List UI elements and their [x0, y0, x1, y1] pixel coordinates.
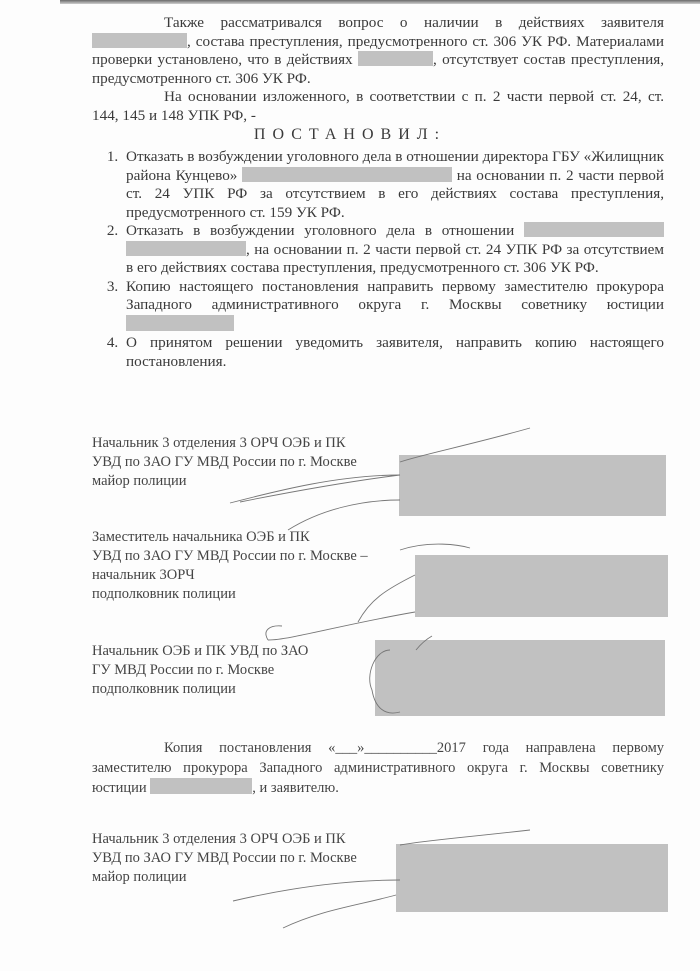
paragraph-2: На основании изложенного, в соответствии…: [92, 88, 664, 125]
signature-block-3: Начальник ОЭБ и ПК УВД по ЗАО ГУ МВД Рос…: [92, 642, 308, 699]
signature-block-1: Начальник 3 отделения 3 ОРЧ ОЭБ и ПК УВД…: [92, 434, 357, 491]
redaction: [524, 222, 664, 237]
redaction: [358, 51, 433, 66]
redaction: [92, 33, 187, 48]
paragraph-1: Также рассматривался вопрос о наличии в …: [92, 14, 664, 88]
intro-section: Также рассматривался вопрос о наличии в …: [92, 14, 664, 125]
redaction: [126, 315, 234, 331]
decision-title: ПОСТАНОВИЛ:: [0, 126, 700, 144]
signature-block-2: Заместитель начальника ОЭБ и ПК УВД по З…: [92, 528, 368, 604]
redacted-signature-1: [399, 455, 666, 516]
decision-item-2: Отказать в возбуждении уголовного дела в…: [122, 222, 664, 278]
redacted-signature-3: [375, 640, 665, 716]
decision-list: Отказать в возбуждении уголовного дела в…: [92, 148, 664, 371]
scan-top-edge: [60, 0, 700, 4]
redaction: [242, 167, 452, 182]
decision-item-4: О принятом решении уведомить заявителя, …: [122, 334, 664, 371]
redaction: [150, 778, 252, 794]
decision-item-3: Копию настоящего постановления направить…: [122, 278, 664, 335]
redacted-signature-4: [396, 844, 668, 912]
redaction: [126, 241, 246, 256]
redacted-signature-2: [415, 555, 668, 617]
decision-item-1: Отказать в возбуждении уголовного дела в…: [122, 148, 664, 222]
signature-block-4: Начальник 3 отделения 3 ОРЧ ОЭБ и ПК УВД…: [92, 830, 357, 887]
copy-note: Копия постановления «___»__________2017 …: [92, 738, 664, 798]
